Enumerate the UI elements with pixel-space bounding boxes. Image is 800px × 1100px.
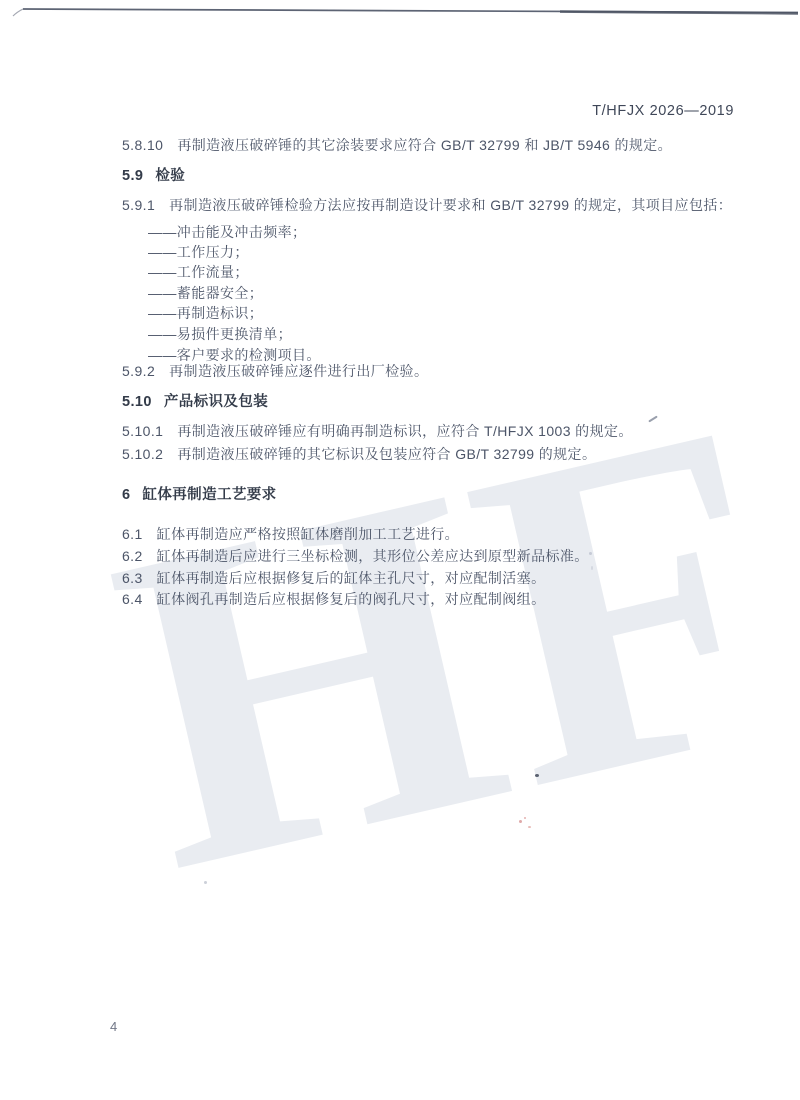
standard-number: T/HFJX 2026—2019 [592,103,734,119]
clause-text: 再制造液压破碎锤的其它涂装要求应符合 GB/T 32799 和 JB/T 594… [177,137,672,153]
scan-speck [519,820,522,823]
clause-5-10-1: 5.10.1再制造液压破碎锤应有明确再制造标识，应符合 T/HFJX 1003 … [122,423,633,440]
clause-5-9-1: 5.9.1再制造液压破碎锤检验方法应按再制造设计要求和 GB/T 32799 的… [122,197,732,214]
dash-item: ——蓄能器安全； [148,285,263,302]
dash-item: ——再制造标识； [148,305,263,322]
dash-item: ——工作流量； [148,264,249,281]
clause-number: 6.4 [122,591,143,607]
section-heading-5-10: 5.10产品标识及包装 [122,394,268,411]
section-title: 产品标识及包装 [164,394,268,410]
clause-number: 6.2 [122,548,143,564]
dash-item: ——易损件更换清单； [148,326,292,343]
clause-number: 5.10.1 [122,423,163,439]
clause-5-10-2: 5.10.2再制造液压破碎锤的其它标识及包装应符合 GB/T 32799 的规定… [122,446,596,463]
clause-text: 缸体再制造后应根据修复后的缸体主孔尺寸，对应配制活塞。 [157,570,546,586]
clause-text: 再制造液压破碎锤应逐件进行出厂检验。 [169,363,428,379]
section-number: 5.10 [122,394,152,410]
clause-text: 缸体再制造后应进行三坐标检测，其形位公差应达到原型新品标准。 [157,548,589,564]
section-number: 6 [122,487,130,503]
clause-5-8-10: 5.8.10再制造液压破碎锤的其它涂装要求应符合 GB/T 32799 和 JB… [122,137,672,154]
clause-6-4: 6.4缸体阀孔再制造后应根据修复后的阀孔尺寸，对应配制阀组。 [122,591,545,608]
clause-number: 5.8.10 [122,137,163,153]
clause-text: 缸体再制造应严格按照缸体磨削加工工艺进行。 [157,526,459,542]
clause-number: 5.9.1 [122,197,155,213]
dash-item: ——客户要求的检测项目。 [148,347,321,364]
scan-edge-artifact [0,0,800,26]
section-number: 5.9 [122,168,143,184]
section-heading-6: 6缸体再制造工艺要求 [122,487,277,504]
clause-text: 再制造液压破碎锤检验方法应按再制造设计要求和 GB/T 32799 的规定，其项… [169,197,732,213]
section-title: 检验 [155,168,185,184]
scan-speck [204,881,207,884]
clause-number: 5.9.2 [122,363,155,379]
clause-5-9-2: 5.9.2再制造液压破碎锤应逐件进行出厂检验。 [122,363,428,380]
scan-speck [524,817,526,819]
scan-speck [591,566,593,570]
clause-6-3: 6.3缸体再制造后应根据修复后的缸体主孔尺寸，对应配制活塞。 [122,570,545,587]
section-heading-5-9: 5.9检验 [122,168,185,185]
clause-number: 6.1 [122,526,143,542]
scan-speck [589,552,592,555]
scanned-standard-page: HF T/HFJX 2026—2019 5.8.10再制造液压破碎锤的其它涂装要… [0,0,800,1100]
clause-text: 再制造液压破碎锤的其它标识及包装应符合 GB/T 32799 的规定。 [177,446,596,462]
dash-item: ——冲击能及冲击频率； [148,224,306,241]
clause-number: 6.3 [122,570,143,586]
clause-text: 缸体阀孔再制造后应根据修复后的阀孔尺寸，对应配制阀组。 [157,591,546,607]
clause-number: 5.10.2 [122,446,163,462]
scan-speck [528,826,531,828]
page-number: 4 [110,1019,117,1034]
section-title: 缸体再制造工艺要求 [142,487,276,503]
scan-speck [535,774,539,777]
clause-text: 再制造液压破碎锤应有明确再制造标识，应符合 T/HFJX 1003 的规定。 [177,423,632,439]
clause-6-1: 6.1缸体再制造应严格按照缸体磨削加工工艺进行。 [122,526,459,543]
clause-6-2: 6.2缸体再制造后应进行三坐标检测，其形位公差应达到原型新品标准。 [122,548,589,565]
dash-item: ——工作压力； [148,244,249,261]
